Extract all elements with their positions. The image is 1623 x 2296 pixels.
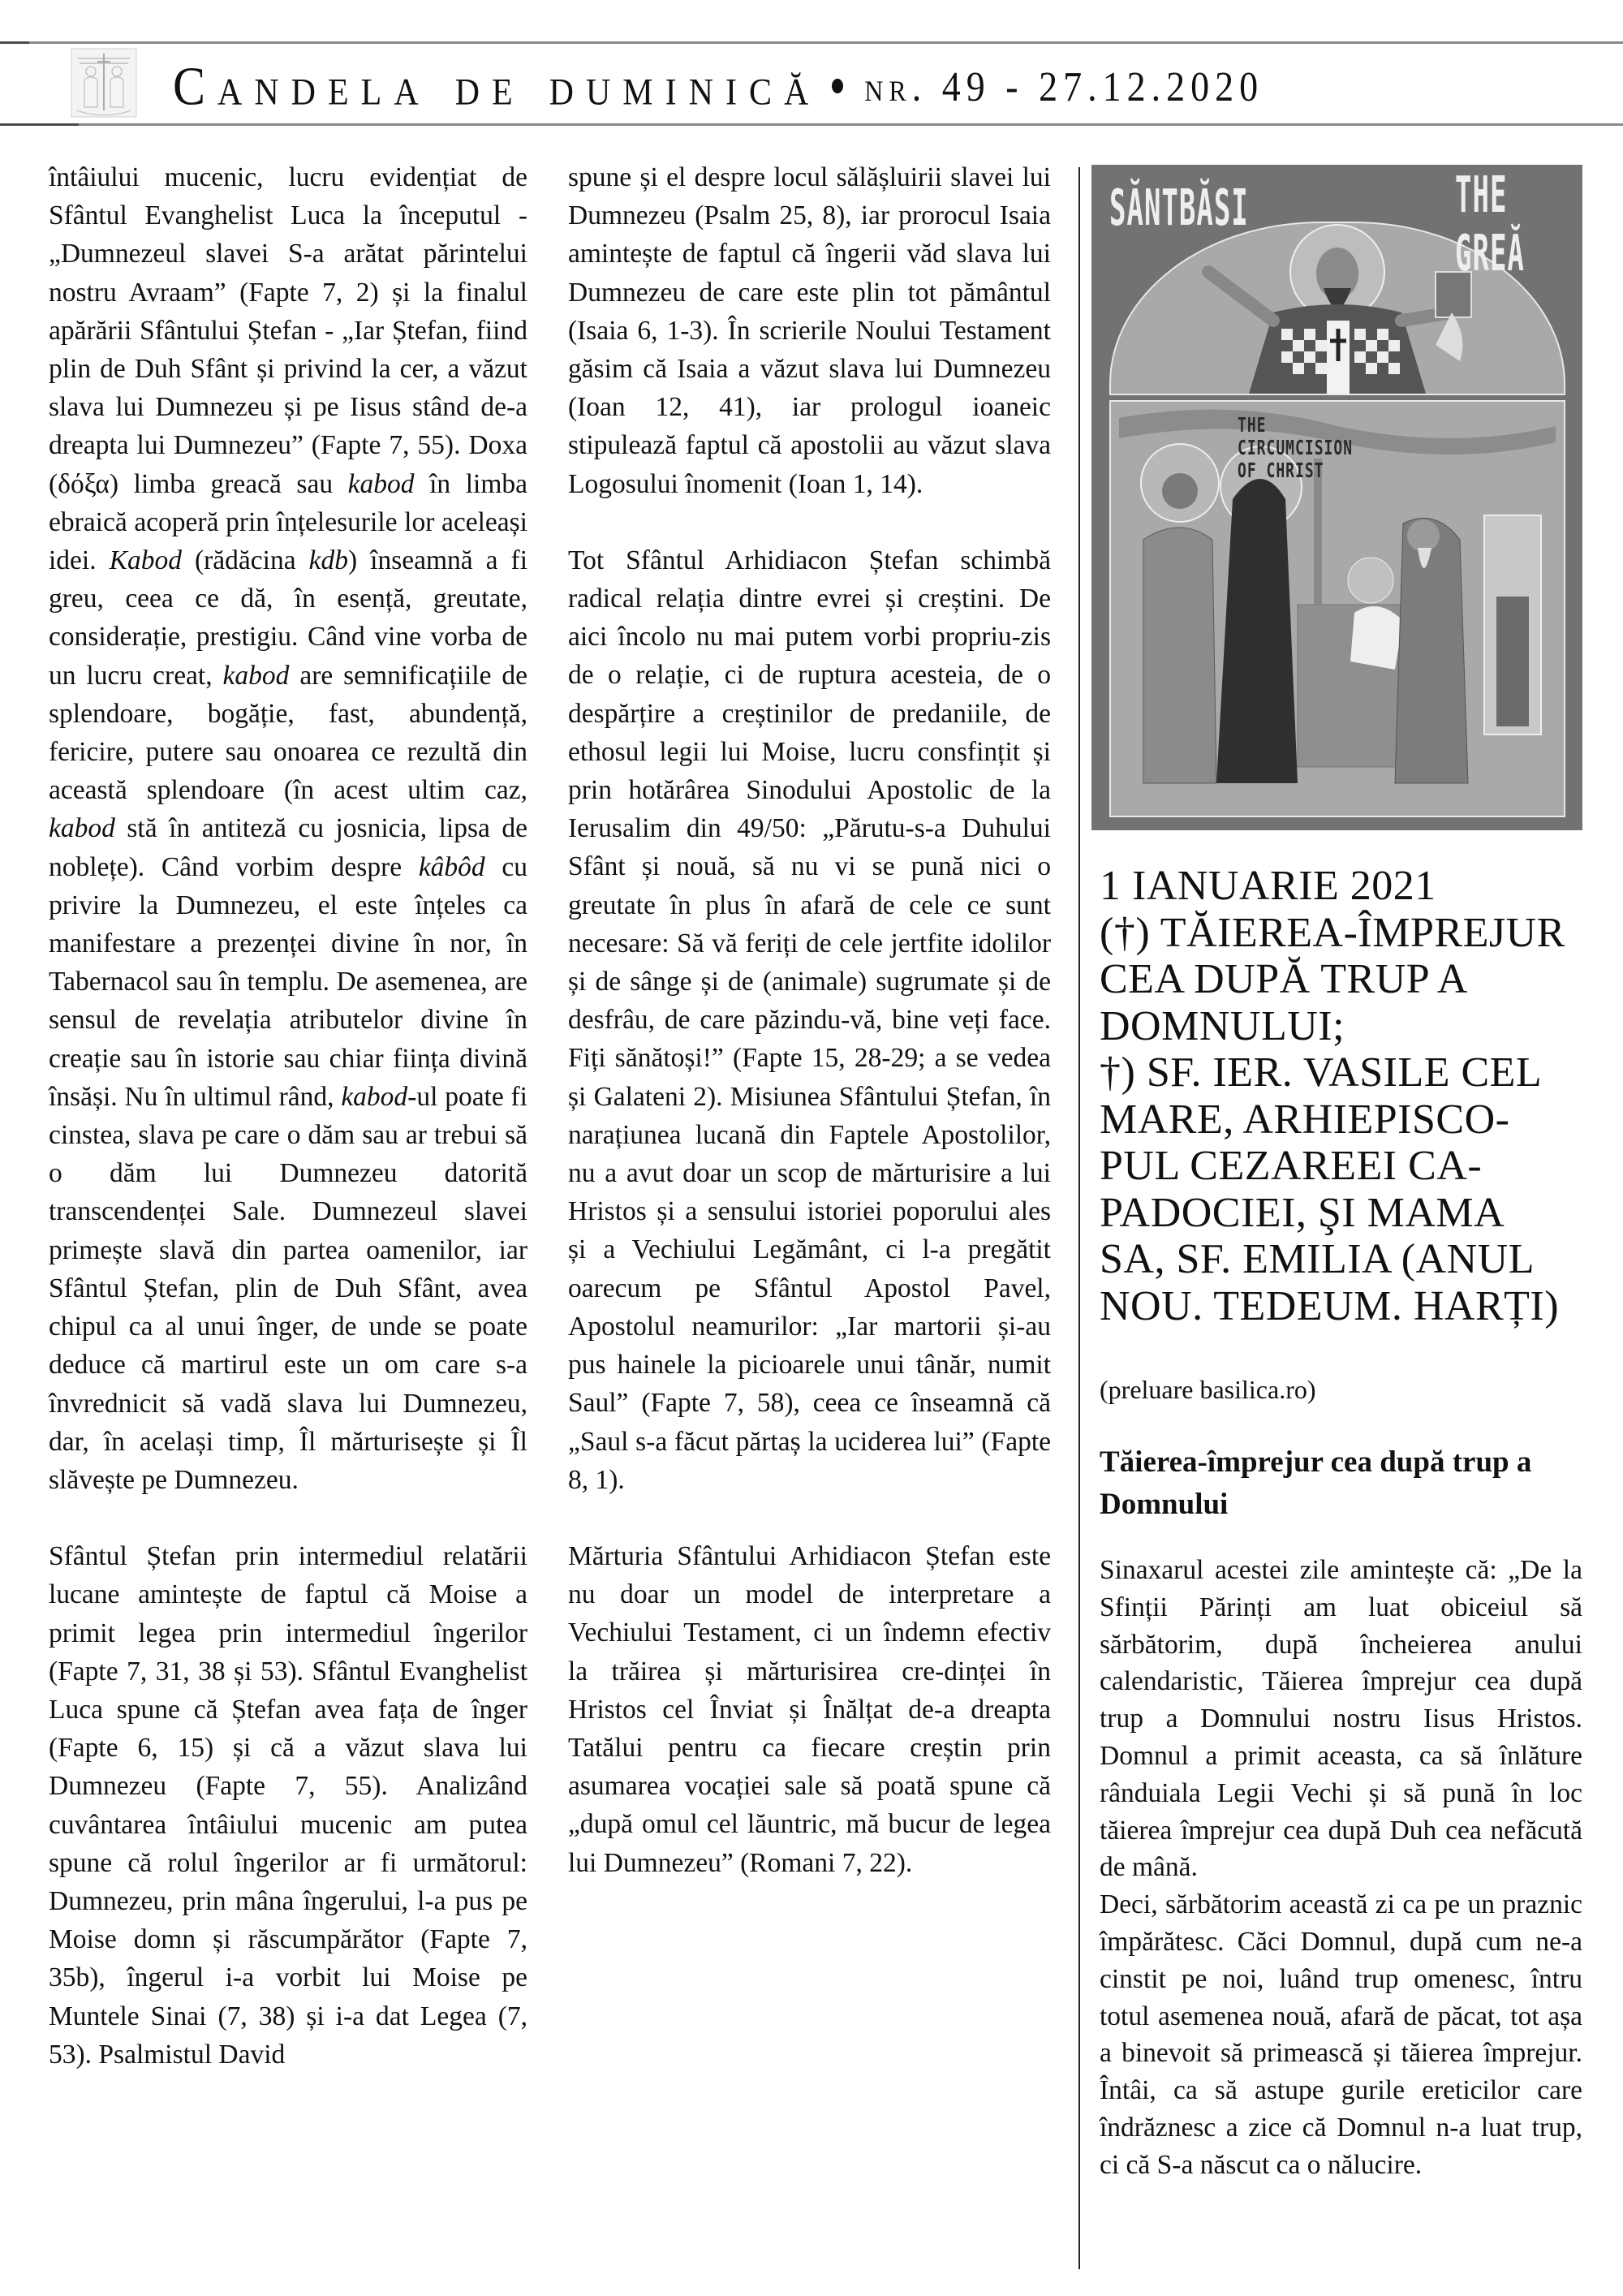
article-paragraph: Sinaxarul acestei zile amintește că: „De…: [1100, 1552, 1582, 1886]
publication-title: Candela de duminică: [173, 54, 820, 117]
article-paragraph: Deci, sărbătorim această zi ca pe un pra…: [1100, 1886, 1582, 2183]
two-saints-logo-icon: [70, 47, 138, 118]
header-rule-top: [0, 41, 1623, 44]
feast-title-line: 1 IANUARIE 2021: [1100, 863, 1586, 910]
article-paragraph: Sfântul Ștefan prin intermediul relatări…: [49, 1537, 527, 2074]
feast-title-line: PADOCIEI, ŞI MAMA: [1100, 1190, 1586, 1237]
article-paragraph: Tot Sfântul Arhidiacon Ștefan schimbă ra…: [568, 541, 1051, 1499]
column-divider: [1078, 167, 1080, 2269]
bullet-separator-icon: [832, 79, 843, 93]
article-paragraph: spune și el despre locul sălășluirii sla…: [568, 158, 1051, 503]
issue-number-date: nr. 49 - 27.12.2020: [864, 62, 1264, 110]
feast-title-line: PUL CEZAREEI CA-: [1100, 1143, 1586, 1190]
source-credit: (preluare basilica.ro): [1100, 1373, 1316, 1406]
feast-title-line: NOU. TEDEUM. HARȚI): [1100, 1283, 1586, 1330]
article-column-left: întâiului mucenic, lucru evidențiat de S…: [49, 158, 527, 2074]
icon-inscription-circumcision: THE CIRCUMCISION OF CHRIST: [1238, 415, 1359, 483]
feast-title-line: SA, SF. EMILIA (ANUL: [1100, 1236, 1586, 1283]
italic-term: kabod: [223, 661, 290, 691]
header-rule-bottom: [0, 123, 1623, 126]
feast-title-line: DOMNULUI;: [1100, 1003, 1586, 1050]
feast-title-line: (†) TĂIEREA-ÎMPREJUR: [1100, 910, 1586, 957]
article-column-middle: spune și el despre locul sălășluirii sla…: [568, 158, 1051, 1882]
icon-inscription-left: SĂNTBĂSI: [1109, 179, 1249, 238]
italic-term: kabod: [341, 1082, 407, 1112]
icon-painting-image: SĂNTBĂSI THE GREĂ THE CIRCUMCISION OF CH…: [1091, 165, 1582, 830]
italic-term: kabod: [49, 813, 115, 843]
feast-title-line: CEA DUPĂ TRUP A: [1100, 956, 1586, 1003]
feast-title: 1 IANUARIE 2021 (†) TĂIEREA-ÎMPREJUR CEA…: [1100, 863, 1586, 1329]
section-subheading: Tăierea-împrejur cea după trup a Domnulu…: [1100, 1441, 1554, 1526]
masthead: Candela de duminică nr. 49 - 27.12.2020: [173, 57, 1264, 115]
feast-title-line: MARE, ARHIEPISCO-: [1100, 1096, 1586, 1144]
feast-title-line: †) SF. IER. VASILE CEL: [1100, 1049, 1586, 1096]
italic-term: kabod: [348, 469, 415, 499]
italic-term: kâbôd: [419, 852, 485, 882]
italic-term: kdb: [309, 545, 348, 575]
italic-term: Kabod: [110, 545, 182, 575]
icon-inscription-right: THE GREĂ: [1455, 166, 1582, 283]
article-paragraph: întâiului mucenic, lucru evidențiat de S…: [49, 158, 527, 1499]
article-column-right: Sinaxarul acestei zile amintește că: „De…: [1100, 1552, 1582, 2184]
article-paragraph: Mărturia Sfântului Arhidiacon Ștefan est…: [568, 1537, 1051, 1882]
